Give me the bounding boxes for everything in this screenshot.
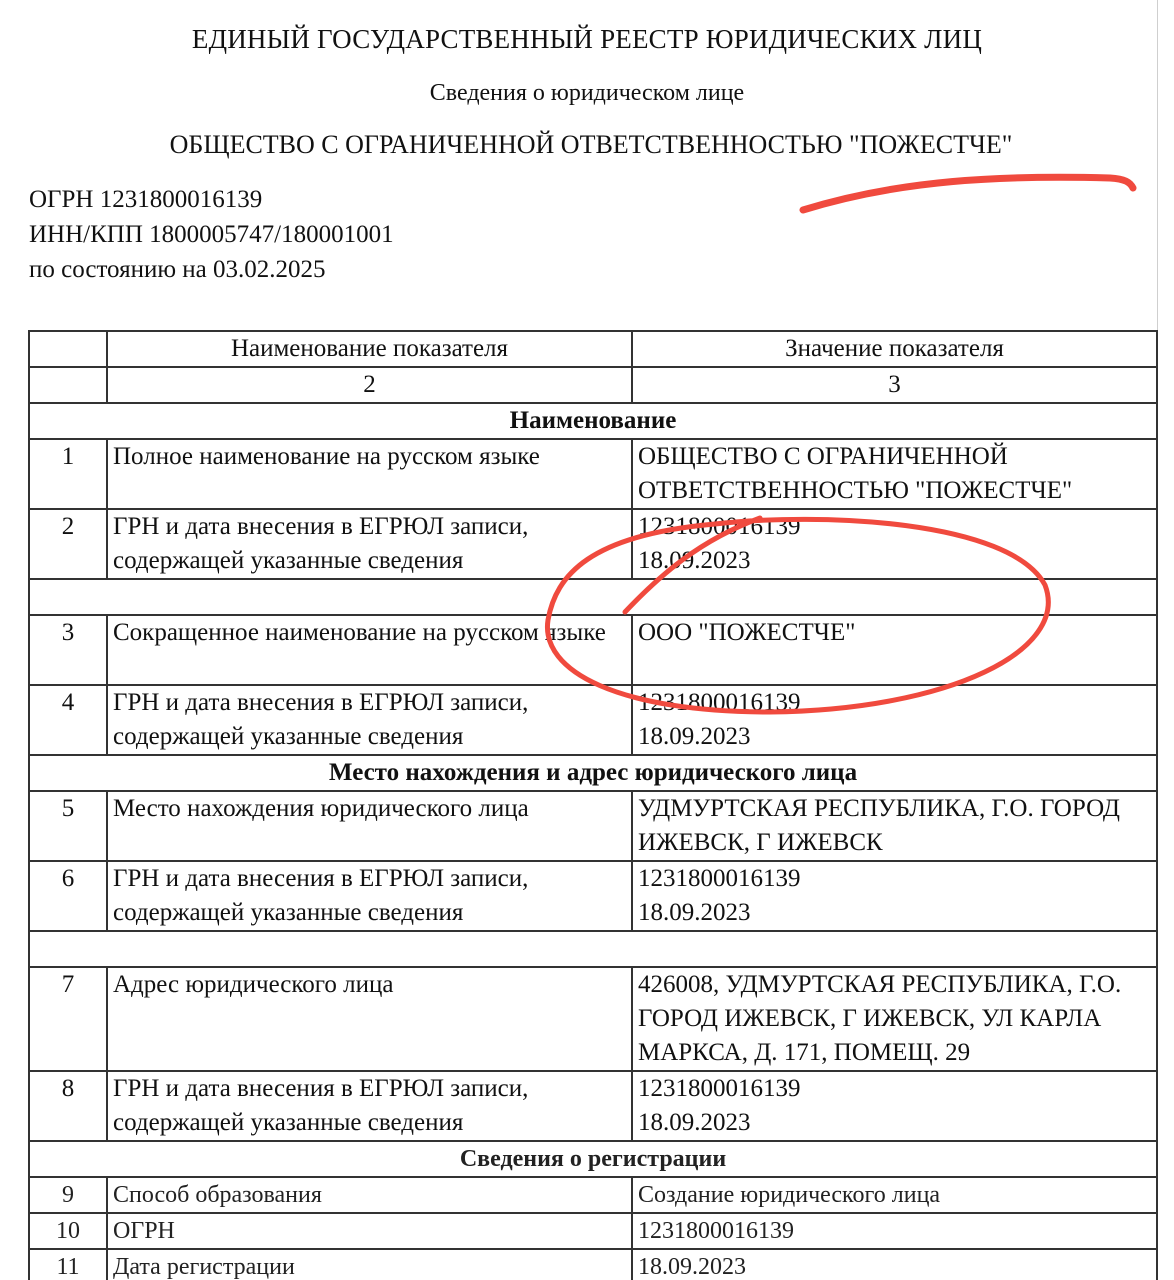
date-value: 18.09.2023: [638, 720, 1151, 754]
table-header-numbers-row: 2 3: [29, 367, 1157, 403]
row-number: 8: [29, 1071, 107, 1141]
date-value: 18.09.2023: [638, 544, 1151, 578]
row-value: 1231800016139 18.09.2023: [632, 509, 1157, 579]
row-value: 1231800016139 18.09.2023: [632, 685, 1157, 755]
row-value: 1231800016139: [632, 1213, 1157, 1249]
table-row: 11 Дата регистрации 18.09.2023: [29, 1249, 1157, 1280]
header-col-3: Значение показателя: [632, 331, 1157, 367]
row-name: ОГРН: [107, 1213, 632, 1249]
row-name: ГРН и дата внесения в ЕГРЮЛ записи, соде…: [107, 1071, 632, 1141]
row-number: 4: [29, 685, 107, 755]
header-num-1: [29, 367, 107, 403]
row-number: 2: [29, 509, 107, 579]
row-name: ГРН и дата внесения в ЕГРЮЛ записи, соде…: [107, 509, 632, 579]
row-number: 1: [29, 439, 107, 509]
row-name: Дата регистрации: [107, 1249, 632, 1280]
section-title: Место нахождения и адрес юридического ли…: [29, 755, 1157, 791]
row-name: ГРН и дата внесения в ЕГРЮЛ записи, соде…: [107, 685, 632, 755]
section-row-location: Место нахождения и адрес юридического ли…: [29, 755, 1157, 791]
row-value: ОБЩЕСТВО С ОГРАНИЧЕННОЙ ОТВЕТСТВЕННОСТЬЮ…: [632, 439, 1157, 509]
section-row-registration: Сведения о регистрации: [29, 1141, 1157, 1177]
table-row: 7 Адрес юридического лица 426008, УДМУРТ…: [29, 967, 1157, 1071]
company-identifiers: ОГРН 1231800016139 ИНН/КПП 1800005747/18…: [29, 182, 394, 287]
document-title: ЕДИНЫЙ ГОСУДАРСТВЕННЫЙ РЕЕСТР ЮРИДИЧЕСКИ…: [0, 24, 1174, 55]
row-number: 5: [29, 791, 107, 861]
row-number: 11: [29, 1249, 107, 1280]
table-row: 4 ГРН и дата внесения в ЕГРЮЛ записи, со…: [29, 685, 1157, 755]
section-title: Сведения о регистрации: [29, 1141, 1157, 1177]
date-value: 18.09.2023: [638, 896, 1151, 930]
document-subtitle: Сведения о юридическом лице: [0, 80, 1174, 107]
row-value: 1231800016139 18.09.2023: [632, 861, 1157, 931]
table-row: 10 ОГРН 1231800016139: [29, 1213, 1157, 1249]
header-num-3: 3: [632, 367, 1157, 403]
company-name: ОБЩЕСТВО С ОГРАНИЧЕННОЙ ОТВЕТСТВЕННОСТЬЮ…: [0, 130, 1174, 160]
row-name: Полное наименование на русском языке: [107, 439, 632, 509]
table-row: 6 ГРН и дата внесения в ЕГРЮЛ записи, со…: [29, 861, 1157, 931]
header-col-1: [29, 331, 107, 367]
grn-value: 1231800016139: [638, 1072, 1151, 1106]
grn-value: 1231800016139: [638, 510, 1151, 544]
table-row: 9 Способ образования Создание юридическо…: [29, 1177, 1157, 1213]
ogrn-line: ОГРН 1231800016139: [29, 182, 394, 217]
row-value: 18.09.2023: [632, 1249, 1157, 1280]
spacer-cell: [29, 579, 1157, 615]
grn-value: 1231800016139: [638, 862, 1151, 896]
row-name: Сокращенное наименование на русском язык…: [107, 615, 632, 685]
row-number: 6: [29, 861, 107, 931]
table-row: 3 Сокращенное наименование на русском яз…: [29, 615, 1157, 685]
spacer-cell: [29, 931, 1157, 967]
row-value: ООО "ПОЖЕСТЧЕ": [632, 615, 1157, 685]
section-row-naming: Наименование: [29, 403, 1157, 439]
spacer-row: [29, 931, 1157, 967]
spacer-row: [29, 579, 1157, 615]
registry-table: Наименование показателя Значение показат…: [28, 330, 1158, 1280]
grn-value: 1231800016139: [638, 686, 1151, 720]
table-row: 5 Место нахождения юридического лица УДМ…: [29, 791, 1157, 861]
row-value: 426008, УДМУРТСКАЯ РЕСПУБЛИКА, Г.О. ГОРО…: [632, 967, 1157, 1071]
row-number: 3: [29, 615, 107, 685]
table-row: 1 Полное наименование на русском языке О…: [29, 439, 1157, 509]
section-title: Наименование: [29, 403, 1157, 439]
row-number: 10: [29, 1213, 107, 1249]
row-number: 9: [29, 1177, 107, 1213]
row-name: ГРН и дата внесения в ЕГРЮЛ записи, соде…: [107, 861, 632, 931]
table-row: 2 ГРН и дата внесения в ЕГРЮЛ записи, со…: [29, 509, 1157, 579]
table-row: 8 ГРН и дата внесения в ЕГРЮЛ записи, со…: [29, 1071, 1157, 1141]
row-name: Адрес юридического лица: [107, 967, 632, 1071]
row-name: Способ образования: [107, 1177, 632, 1213]
inn-kpp-line: ИНН/КПП 1800005747/180001001: [29, 217, 394, 252]
as-of-date-line: по состоянию на 03.02.2025: [29, 252, 394, 287]
row-number: 7: [29, 967, 107, 1071]
header-num-2: 2: [107, 367, 632, 403]
table-header-row: Наименование показателя Значение показат…: [29, 331, 1157, 367]
header-col-2: Наименование показателя: [107, 331, 632, 367]
row-name: Место нахождения юридического лица: [107, 791, 632, 861]
underline-stroke: [803, 177, 1133, 210]
row-value: Создание юридического лица: [632, 1177, 1157, 1213]
row-value: УДМУРТСКАЯ РЕСПУБЛИКА, Г.О. ГОРОД ИЖЕВСК…: [632, 791, 1157, 861]
row-value: 1231800016139 18.09.2023: [632, 1071, 1157, 1141]
date-value: 18.09.2023: [638, 1106, 1151, 1140]
